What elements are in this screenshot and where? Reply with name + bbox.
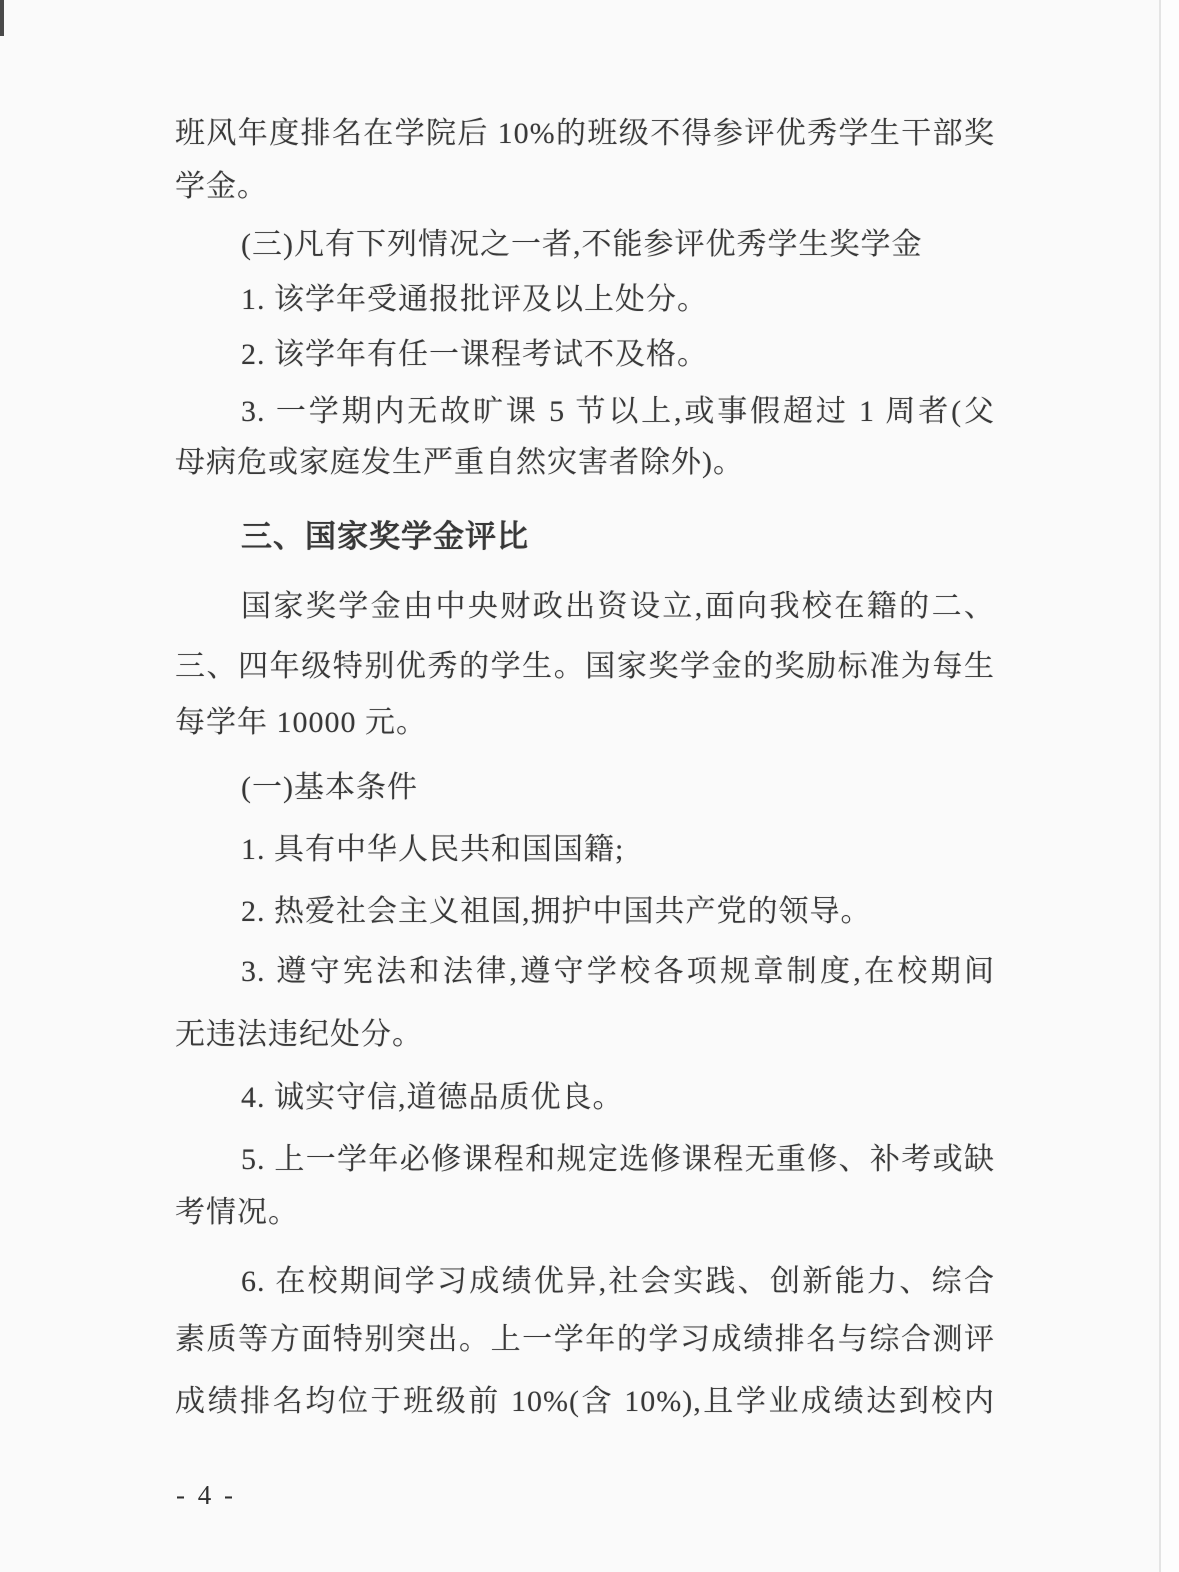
section-heading: 三、国家奖学金评比: [175, 507, 995, 567]
text-line: 素质等方面特别突出。上一学年的学习成绩排名与综合测评: [175, 1310, 995, 1370]
text-line: 母病危或家庭发生严重自然灾害者除外)。: [175, 433, 995, 493]
scan-edge-mark: [0, 0, 4, 36]
page-number: - 4 -: [176, 1465, 236, 1525]
text-line: 三、四年级特别优秀的学生。国家奖学金的奖励标准为每生: [175, 637, 995, 697]
text-line: 成绩排名均位于班级前 10%(含 10%),且学业成绩达到校内: [175, 1372, 995, 1432]
text-line: 国家奖学金由中央财政出资设立,面向我校在籍的二、: [175, 577, 995, 637]
text-line: 3. 遵守宪法和法律,遵守学校各项规章制度,在校期间: [175, 942, 995, 1002]
text-line: 4. 诚实守信,道德品质优良。: [175, 1068, 995, 1128]
text-line: 6. 在校期间学习成绩优异,社会实践、创新能力、综合: [175, 1252, 995, 1312]
text-line: 2. 该学年有任一课程考试不及格。: [175, 325, 995, 385]
text-line: 每学年 10000 元。: [175, 693, 995, 753]
text-line: (三)凡有下列情况之一者,不能参评优秀学生奖学金: [175, 215, 995, 275]
page-edge-line: [1159, 0, 1161, 1572]
text-line: 5. 上一学年必修课程和规定选修课程无重修、补考或缺: [175, 1130, 995, 1190]
subsection-heading: (一)基本条件: [175, 758, 995, 818]
text-line: 班风年度排名在学院后 10%的班级不得参评优秀学生干部奖: [175, 104, 995, 164]
text-line: 1. 具有中华人民共和国国籍;: [175, 820, 995, 880]
page-edge-strip: [1161, 0, 1179, 1572]
document-page: 班风年度排名在学院后 10%的班级不得参评优秀学生干部奖 学金。 (三)凡有下列…: [0, 0, 1179, 1572]
text-line: 学金。: [175, 157, 995, 217]
text-line: 2. 热爱社会主义祖国,拥护中国共产党的领导。: [175, 882, 995, 942]
text-line: 无违法违纪处分。: [175, 1005, 995, 1065]
text-line: 1. 该学年受通报批评及以上处分。: [175, 270, 995, 330]
text-line: 考情况。: [175, 1183, 995, 1243]
